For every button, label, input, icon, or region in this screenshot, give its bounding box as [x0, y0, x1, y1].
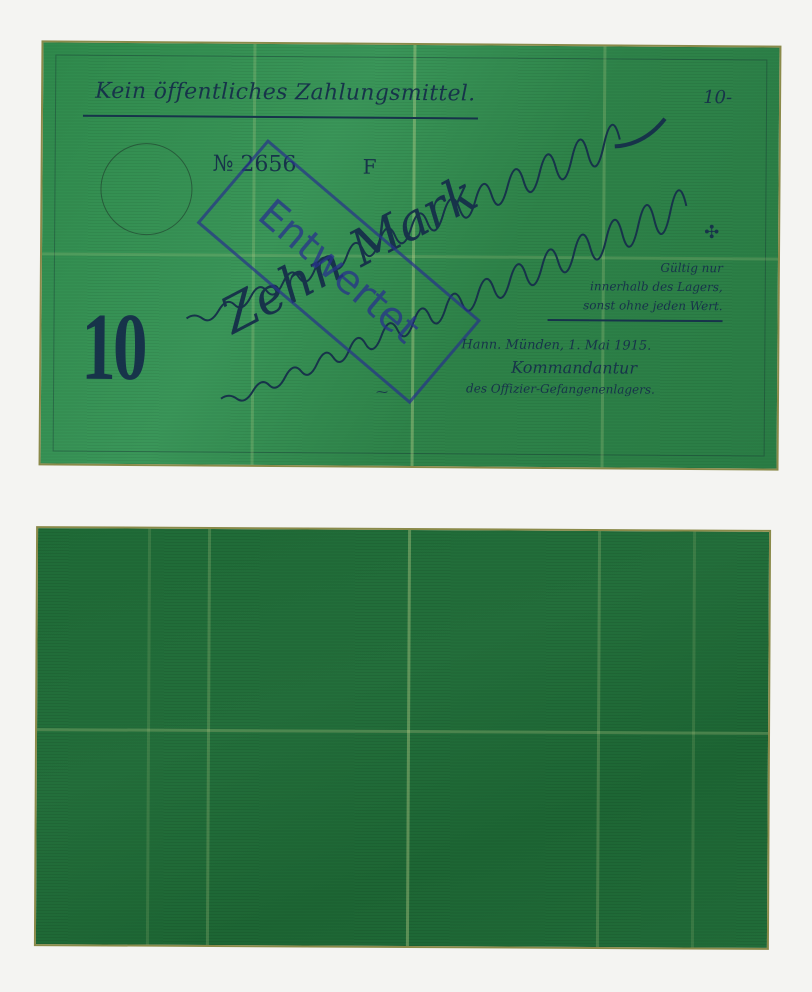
fold-crease	[691, 532, 696, 948]
banknote-back	[34, 526, 771, 950]
validity-line: innerhalb des Lagers,	[583, 277, 723, 297]
issuing-authority-subtitle: des Offizier-Gefangenenlagers.	[466, 381, 655, 396]
series-letter: F	[363, 155, 377, 179]
validity-line: sonst ohne jeden Wert.	[583, 296, 723, 316]
fold-crease	[146, 529, 151, 945]
banknote-front: Kein öffentliches Zahlungsmittel. № 2656…	[39, 40, 782, 470]
fold-crease	[596, 531, 601, 947]
validity-line: Gültig nur	[583, 258, 723, 278]
fold-crease	[206, 529, 211, 945]
signature-flourish-icon: ⁓	[376, 385, 388, 399]
place-date: Hann. Münden, 1. Mai 1915.	[461, 337, 651, 353]
issuing-authority: Kommandantur	[511, 358, 637, 378]
cross-ornament-icon: ✣	[704, 222, 719, 243]
wavy-ornament	[41, 42, 782, 470]
validity-text: Gültig nur innerhalb des Lagers, sonst o…	[583, 258, 723, 316]
denomination-numeral: 10	[81, 291, 145, 402]
header-text: Kein öffentliches Zahlungsmittel.	[95, 79, 476, 107]
circular-stamp	[100, 143, 193, 236]
handwritten-corner-mark: 10-	[703, 87, 732, 108]
fold-crease	[406, 530, 411, 946]
